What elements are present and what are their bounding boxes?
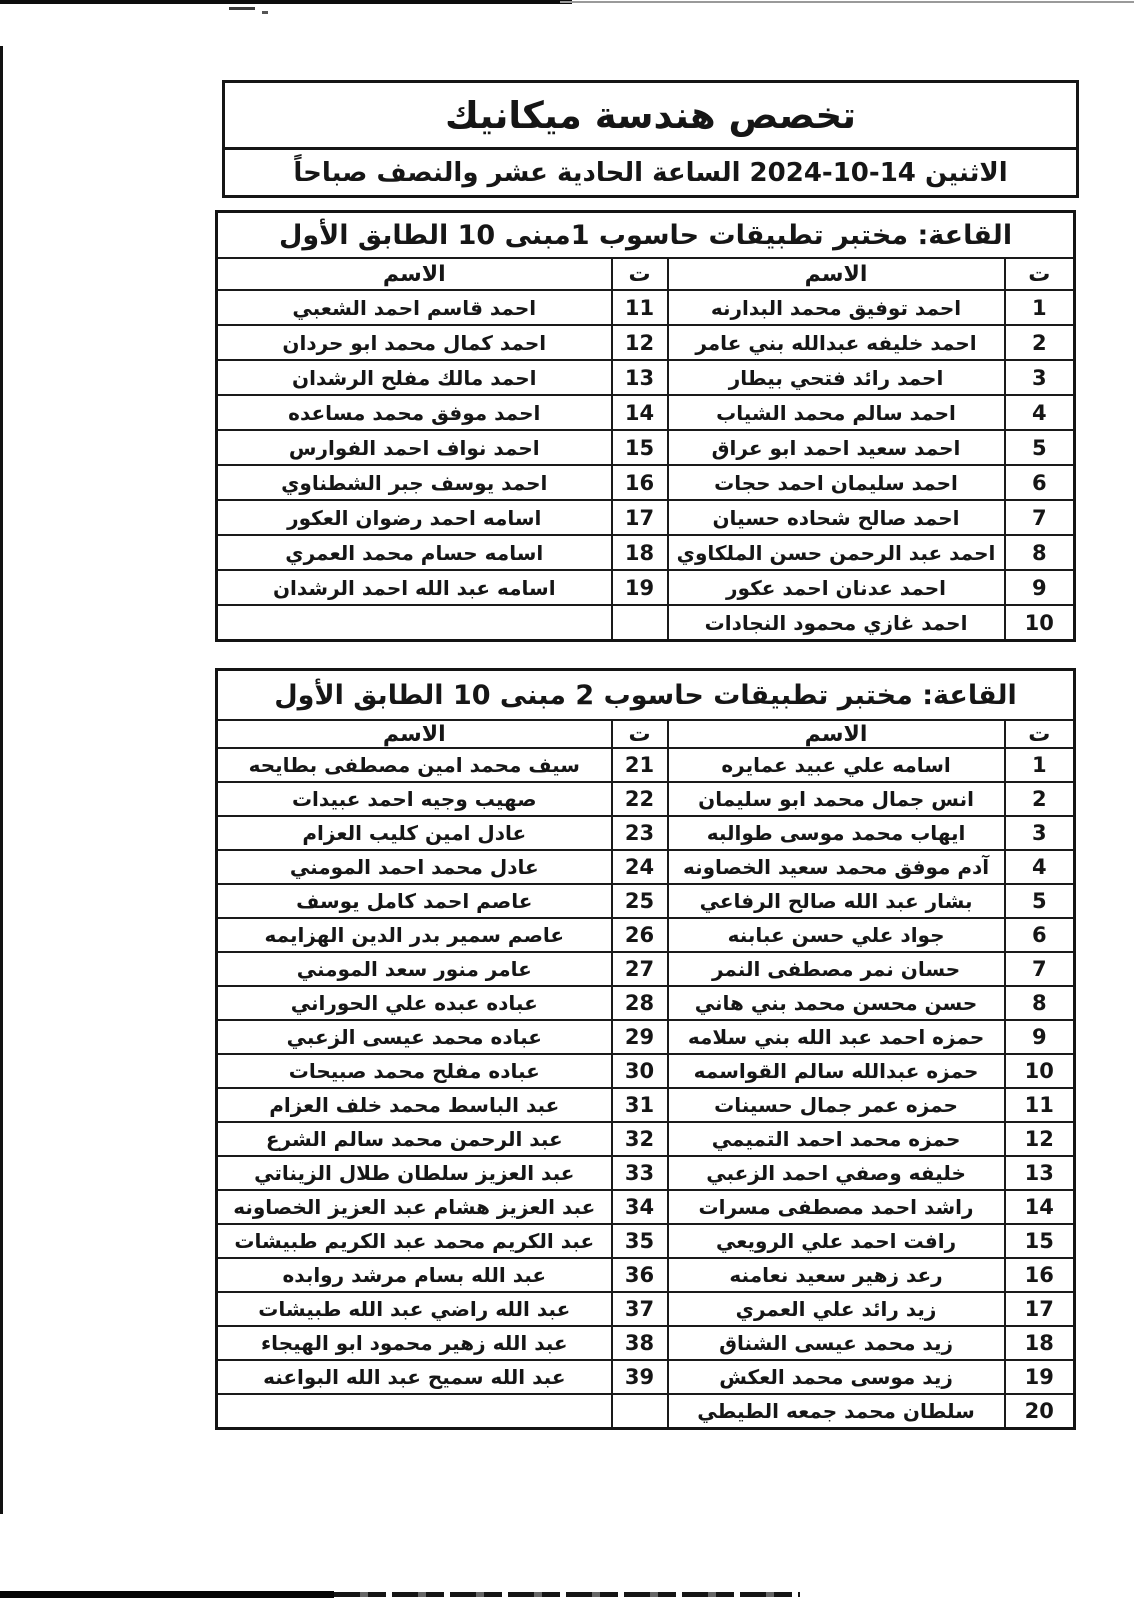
seat-number-cell: 39 bbox=[612, 1360, 668, 1394]
seat-number-cell: 22 bbox=[612, 782, 668, 816]
name-column-header: الاسم bbox=[217, 720, 612, 748]
student-row: 5بشار عبد الله صالح الرفاعي25عاصم احمد ك… bbox=[217, 884, 1075, 918]
specialization-title: تخصص هندسة ميكانيك bbox=[225, 83, 1076, 150]
student-name-cell: احمد قاسم احمد الشعبي bbox=[217, 290, 612, 325]
seat-number-cell: 17 bbox=[1005, 1292, 1075, 1326]
scanned-document-page: تخصص هندسة ميكانيك الاثنين 14-10-2024 ال… bbox=[0, 0, 1134, 1600]
student-name-cell: احمد موفق محمد مساعده bbox=[217, 395, 612, 430]
student-name-cell: احمد نواف احمد الفوارس bbox=[217, 430, 612, 465]
student-row: 1اسامه علي عبيد عمايره21سيف محمد امين مص… bbox=[217, 748, 1075, 782]
scan-artifact-left-edge bbox=[0, 46, 3, 1514]
exam-datetime: الاثنين 14-10-2024 الساعة الحادية عشر وا… bbox=[225, 150, 1076, 195]
seat-number-cell: 9 bbox=[1005, 570, 1075, 605]
student-row: 4احمد سالم محمد الشياب14احمد موفق محمد م… bbox=[217, 395, 1075, 430]
student-row: 7احمد صالح شحاده حسيان17اسامه احمد رضوان… bbox=[217, 500, 1075, 535]
seat-number-cell: 6 bbox=[1005, 465, 1075, 500]
scan-artifact-bottom-line bbox=[0, 1591, 334, 1598]
scan-artifact-dot bbox=[262, 11, 268, 14]
student-row: 18زيد محمد عيسى الشناق38عبد الله زهير مح… bbox=[217, 1326, 1075, 1360]
seq-column-header: ت bbox=[612, 258, 668, 290]
student-name-cell: عبد الرحمن محمد سالم الشرع bbox=[217, 1122, 612, 1156]
seat-number-cell: 6 bbox=[1005, 918, 1075, 952]
student-name-cell: احمد رائد فتحي بيطار bbox=[668, 360, 1005, 395]
seat-number-cell: 14 bbox=[1005, 1190, 1075, 1224]
student-row: 15رافت احمد علي الرويعي35عبد الكريم محمد… bbox=[217, 1224, 1075, 1258]
student-name-cell bbox=[217, 605, 612, 641]
seat-number-cell: 19 bbox=[612, 570, 668, 605]
student-name-cell: احمد عدنان احمد عكور bbox=[668, 570, 1005, 605]
student-name-cell: احمد سليمان احمد حجات bbox=[668, 465, 1005, 500]
student-row: 8حسن محسن محمد بني هاني28عباده عبده علي … bbox=[217, 986, 1075, 1020]
seat-number-cell: 17 bbox=[612, 500, 668, 535]
column-header-row: ت الاسم ت الاسم bbox=[217, 258, 1075, 290]
seat-number-cell: 34 bbox=[612, 1190, 668, 1224]
seat-number-cell: 5 bbox=[1005, 430, 1075, 465]
student-name-cell: احمد سالم محمد الشياب bbox=[668, 395, 1005, 430]
student-name-cell bbox=[217, 1394, 612, 1429]
student-row: 7حسان نمر مصطفى النمر27عامر منور سعد الم… bbox=[217, 952, 1075, 986]
student-row: 3احمد رائد فتحي بيطار13احمد مالك مفلح ال… bbox=[217, 360, 1075, 395]
student-name-cell: احمد عبد الرحمن حسن الملكاوي bbox=[668, 535, 1005, 570]
student-name-cell: زيد موسى محمد العكش bbox=[668, 1360, 1005, 1394]
student-name-cell: عاصم سمير بدر الدين الهزايمه bbox=[217, 918, 612, 952]
student-name-cell: عبد الله بسام مرشد روابده bbox=[217, 1258, 612, 1292]
column-header-row: ت الاسم ت الاسم bbox=[217, 720, 1075, 748]
student-row: 14راشد احمد مصطفى مسرات34عبد العزيز هشام… bbox=[217, 1190, 1075, 1224]
student-name-cell: عباده عبده علي الحوراني bbox=[217, 986, 612, 1020]
student-name-cell: عباده محمد عيسى الزعبي bbox=[217, 1020, 612, 1054]
student-name-cell: عاصم احمد كامل يوسف bbox=[217, 884, 612, 918]
student-name-cell: صهيب وجيه احمد عبيدات bbox=[217, 782, 612, 816]
student-name-cell: احمد سعيد احمد ابو عراق bbox=[668, 430, 1005, 465]
seat-number-cell: 13 bbox=[612, 360, 668, 395]
student-name-cell: سيف محمد امين مصطفى بطايحه bbox=[217, 748, 612, 782]
student-name-cell: ايهاب محمد موسى طوالبه bbox=[668, 816, 1005, 850]
document-header-box: تخصص هندسة ميكانيك الاثنين 14-10-2024 ال… bbox=[222, 80, 1079, 198]
student-name-cell: اسامه علي عبيد عمايره bbox=[668, 748, 1005, 782]
student-name-cell: اسامه حسام محمد العمري bbox=[217, 535, 612, 570]
student-name-cell: اسامه احمد رضوان العكور bbox=[217, 500, 612, 535]
student-row: 5احمد سعيد احمد ابو عراق15احمد نواف احمد… bbox=[217, 430, 1075, 465]
student-name-cell: سلطان محمد جمعه الطيطي bbox=[668, 1394, 1005, 1429]
student-name-cell: احمد يوسف جبر الشطناوي bbox=[217, 465, 612, 500]
seat-number-cell: 37 bbox=[612, 1292, 668, 1326]
student-name-cell: احمد خليفه عبدالله بني عامر bbox=[668, 325, 1005, 360]
student-name-cell: احمد غازي محمود النجادات bbox=[668, 605, 1005, 641]
seat-number-cell: 12 bbox=[612, 325, 668, 360]
seat-number-cell: 32 bbox=[612, 1122, 668, 1156]
student-name-cell: احمد توفيق محمد البدارنه bbox=[668, 290, 1005, 325]
student-row: 19زيد موسى محمد العكش39عبد الله سميح عبد… bbox=[217, 1360, 1075, 1394]
student-name-cell: احمد صالح شحاده حسيان bbox=[668, 500, 1005, 535]
student-row: 9حمزه احمد عبد الله بني سلامه29عباده محم… bbox=[217, 1020, 1075, 1054]
seat-number-cell: 11 bbox=[1005, 1088, 1075, 1122]
student-name-cell: عبد العزيز هشام عبد العزيز الخصاونه bbox=[217, 1190, 612, 1224]
student-name-cell: راشد احمد مصطفى مسرات bbox=[668, 1190, 1005, 1224]
seat-number-cell: 38 bbox=[612, 1326, 668, 1360]
student-name-cell: اسامه عبد الله احمد الرشدان bbox=[217, 570, 612, 605]
seat-number-cell: 8 bbox=[1005, 986, 1075, 1020]
student-row: 16رعد زهير سعيد نعامنه36عبد الله بسام مر… bbox=[217, 1258, 1075, 1292]
name-column-header: الاسم bbox=[668, 720, 1005, 748]
student-name-cell: حسن محسن محمد بني هاني bbox=[668, 986, 1005, 1020]
seat-number-cell: 14 bbox=[612, 395, 668, 430]
student-name-cell: احمد كمال محمد ابو حردان bbox=[217, 325, 612, 360]
student-name-cell: عبد الباسط محمد خلف العزام bbox=[217, 1088, 612, 1122]
seat-number-cell: 29 bbox=[612, 1020, 668, 1054]
room-title-row: القاعة: مختبر تطبيقات حاسوب 1مبنى 10 الط… bbox=[217, 212, 1075, 259]
seat-number-cell: 9 bbox=[1005, 1020, 1075, 1054]
seat-number-cell: 35 bbox=[612, 1224, 668, 1258]
student-row: 3ايهاب محمد موسى طوالبه23عادل امين كليب … bbox=[217, 816, 1075, 850]
scan-artifact-top-line bbox=[0, 0, 572, 4]
seat-number-cell: 33 bbox=[612, 1156, 668, 1190]
seat-number-cell: 4 bbox=[1005, 850, 1075, 884]
seat-number-cell: 16 bbox=[612, 465, 668, 500]
student-name-cell: عبد الله راضي عبد الله طبيشات bbox=[217, 1292, 612, 1326]
student-name-cell: عادل امين كليب العزام bbox=[217, 816, 612, 850]
student-row: 8احمد عبد الرحمن حسن الملكاوي18اسامه حسا… bbox=[217, 535, 1075, 570]
seat-number-cell: 26 bbox=[612, 918, 668, 952]
room-title-row: القاعة: مختبر تطبيقات حاسوب 2 مبنى 10 ال… bbox=[217, 670, 1075, 721]
student-name-cell: حمزه محمد احمد التميمي bbox=[668, 1122, 1005, 1156]
student-row: 2احمد خليفه عبدالله بني عامر12احمد كمال … bbox=[217, 325, 1075, 360]
seat-number-cell: 27 bbox=[612, 952, 668, 986]
seat-number-cell: 11 bbox=[612, 290, 668, 325]
roster-table-lab1: القاعة: مختبر تطبيقات حاسوب 1مبنى 10 الط… bbox=[215, 210, 1076, 642]
seat-number-cell: 24 bbox=[612, 850, 668, 884]
seat-number-cell: 10 bbox=[1005, 1054, 1075, 1088]
seat-number-cell: 13 bbox=[1005, 1156, 1075, 1190]
seat-number-cell: 1 bbox=[1005, 748, 1075, 782]
room-title: القاعة: مختبر تطبيقات حاسوب 2 مبنى 10 ال… bbox=[217, 670, 1075, 721]
student-name-cell: حمزه عمر جمال حسينات bbox=[668, 1088, 1005, 1122]
student-row: 4آدم موفق محمد سعيد الخصاونه24عادل محمد … bbox=[217, 850, 1075, 884]
seat-number-cell: 4 bbox=[1005, 395, 1075, 430]
seat-number-cell: 28 bbox=[612, 986, 668, 1020]
seat-number-cell bbox=[612, 1394, 668, 1429]
seat-number-cell: 5 bbox=[1005, 884, 1075, 918]
seat-number-cell: 21 bbox=[612, 748, 668, 782]
room-title: القاعة: مختبر تطبيقات حاسوب 1مبنى 10 الط… bbox=[217, 212, 1075, 259]
student-name-cell: عادل محمد احمد المومني bbox=[217, 850, 612, 884]
seat-number-cell: 12 bbox=[1005, 1122, 1075, 1156]
student-row: 10حمزه عبدالله سالم القواسمه30عباده مفلح… bbox=[217, 1054, 1075, 1088]
student-row: 11حمزه عمر جمال حسينات31عبد الباسط محمد … bbox=[217, 1088, 1075, 1122]
seat-number-cell: 7 bbox=[1005, 500, 1075, 535]
seat-number-cell: 7 bbox=[1005, 952, 1075, 986]
seat-number-cell: 20 bbox=[1005, 1394, 1075, 1429]
student-name-cell: عبد الكريم محمد عبد الكريم طبيشات bbox=[217, 1224, 612, 1258]
student-row: 12حمزه محمد احمد التميمي32عبد الرحمن محم… bbox=[217, 1122, 1075, 1156]
student-name-cell: زيد رائد علي العمري bbox=[668, 1292, 1005, 1326]
seat-number-cell: 3 bbox=[1005, 360, 1075, 395]
student-row: 6احمد سليمان احمد حجات16احمد يوسف جبر ال… bbox=[217, 465, 1075, 500]
seat-number-cell: 23 bbox=[612, 816, 668, 850]
seat-number-cell: 10 bbox=[1005, 605, 1075, 641]
student-name-cell: حمزه احمد عبد الله بني سلامه bbox=[668, 1020, 1005, 1054]
seat-number-cell bbox=[612, 605, 668, 641]
student-name-cell: زيد محمد عيسى الشناق bbox=[668, 1326, 1005, 1360]
seat-number-cell: 2 bbox=[1005, 325, 1075, 360]
scan-artifact-dot bbox=[229, 7, 255, 10]
student-name-cell: رعد زهير سعيد نعامنه bbox=[668, 1258, 1005, 1292]
seat-number-cell: 3 bbox=[1005, 816, 1075, 850]
student-name-cell: رافت احمد علي الرويعي bbox=[668, 1224, 1005, 1258]
seat-number-cell: 15 bbox=[612, 430, 668, 465]
student-name-cell: عبد الله زهير محمود ابو الهيجاء bbox=[217, 1326, 612, 1360]
student-row: 13خليفه وصفي احمد الزعبي33عبد العزيز سلط… bbox=[217, 1156, 1075, 1190]
student-name-cell: خليفه وصفي احمد الزعبي bbox=[668, 1156, 1005, 1190]
seat-number-cell: 1 bbox=[1005, 290, 1075, 325]
student-name-cell: عبد العزيز سلطان طلال الزيناتي bbox=[217, 1156, 612, 1190]
seat-number-cell: 25 bbox=[612, 884, 668, 918]
student-name-cell: بشار عبد الله صالح الرفاعي bbox=[668, 884, 1005, 918]
student-row: 20سلطان محمد جمعه الطيطي bbox=[217, 1394, 1075, 1429]
student-name-cell: عباده مفلح محمد صبيحات bbox=[217, 1054, 612, 1088]
student-name-cell: عامر منور سعد المومني bbox=[217, 952, 612, 986]
student-row: 2انس جمال محمد ابو سليمان22صهيب وجيه احم… bbox=[217, 782, 1075, 816]
student-name-cell: حسان نمر مصطفى النمر bbox=[668, 952, 1005, 986]
student-name-cell: جواد علي حسن عبابنه bbox=[668, 918, 1005, 952]
seat-number-cell: 18 bbox=[1005, 1326, 1075, 1360]
name-column-header: الاسم bbox=[668, 258, 1005, 290]
student-name-cell: عبد الله سميح عبد الله البواعنه bbox=[217, 1360, 612, 1394]
seat-number-cell: 2 bbox=[1005, 782, 1075, 816]
student-name-cell: آدم موفق محمد سعيد الخصاونه bbox=[668, 850, 1005, 884]
seat-number-cell: 16 bbox=[1005, 1258, 1075, 1292]
seat-number-cell: 31 bbox=[612, 1088, 668, 1122]
student-row: 9احمد عدنان احمد عكور19اسامه عبد الله اح… bbox=[217, 570, 1075, 605]
student-row: 17زيد رائد علي العمري37عبد الله راضي عبد… bbox=[217, 1292, 1075, 1326]
scan-artifact-bottom-dashes bbox=[334, 1592, 800, 1597]
seq-column-header: ت bbox=[612, 720, 668, 748]
seat-number-cell: 8 bbox=[1005, 535, 1075, 570]
student-row: 6جواد علي حسن عبابنه26عاصم سمير بدر الدي… bbox=[217, 918, 1075, 952]
seq-column-header: ت bbox=[1005, 720, 1075, 748]
roster-table-lab2: القاعة: مختبر تطبيقات حاسوب 2 مبنى 10 ال… bbox=[215, 668, 1076, 1430]
student-name-cell: احمد مالك مفلح الرشدان bbox=[217, 360, 612, 395]
seat-number-cell: 15 bbox=[1005, 1224, 1075, 1258]
name-column-header: الاسم bbox=[217, 258, 612, 290]
seq-column-header: ت bbox=[1005, 258, 1075, 290]
student-name-cell: حمزه عبدالله سالم القواسمه bbox=[668, 1054, 1005, 1088]
student-name-cell: انس جمال محمد ابو سليمان bbox=[668, 782, 1005, 816]
seat-number-cell: 19 bbox=[1005, 1360, 1075, 1394]
seat-number-cell: 18 bbox=[612, 535, 668, 570]
student-row: 1احمد توفيق محمد البدارنه11احمد قاسم احم… bbox=[217, 290, 1075, 325]
student-row: 10احمد غازي محمود النجادات bbox=[217, 605, 1075, 641]
scan-artifact-top-line-thin bbox=[560, 1, 1134, 3]
seat-number-cell: 36 bbox=[612, 1258, 668, 1292]
seat-number-cell: 30 bbox=[612, 1054, 668, 1088]
